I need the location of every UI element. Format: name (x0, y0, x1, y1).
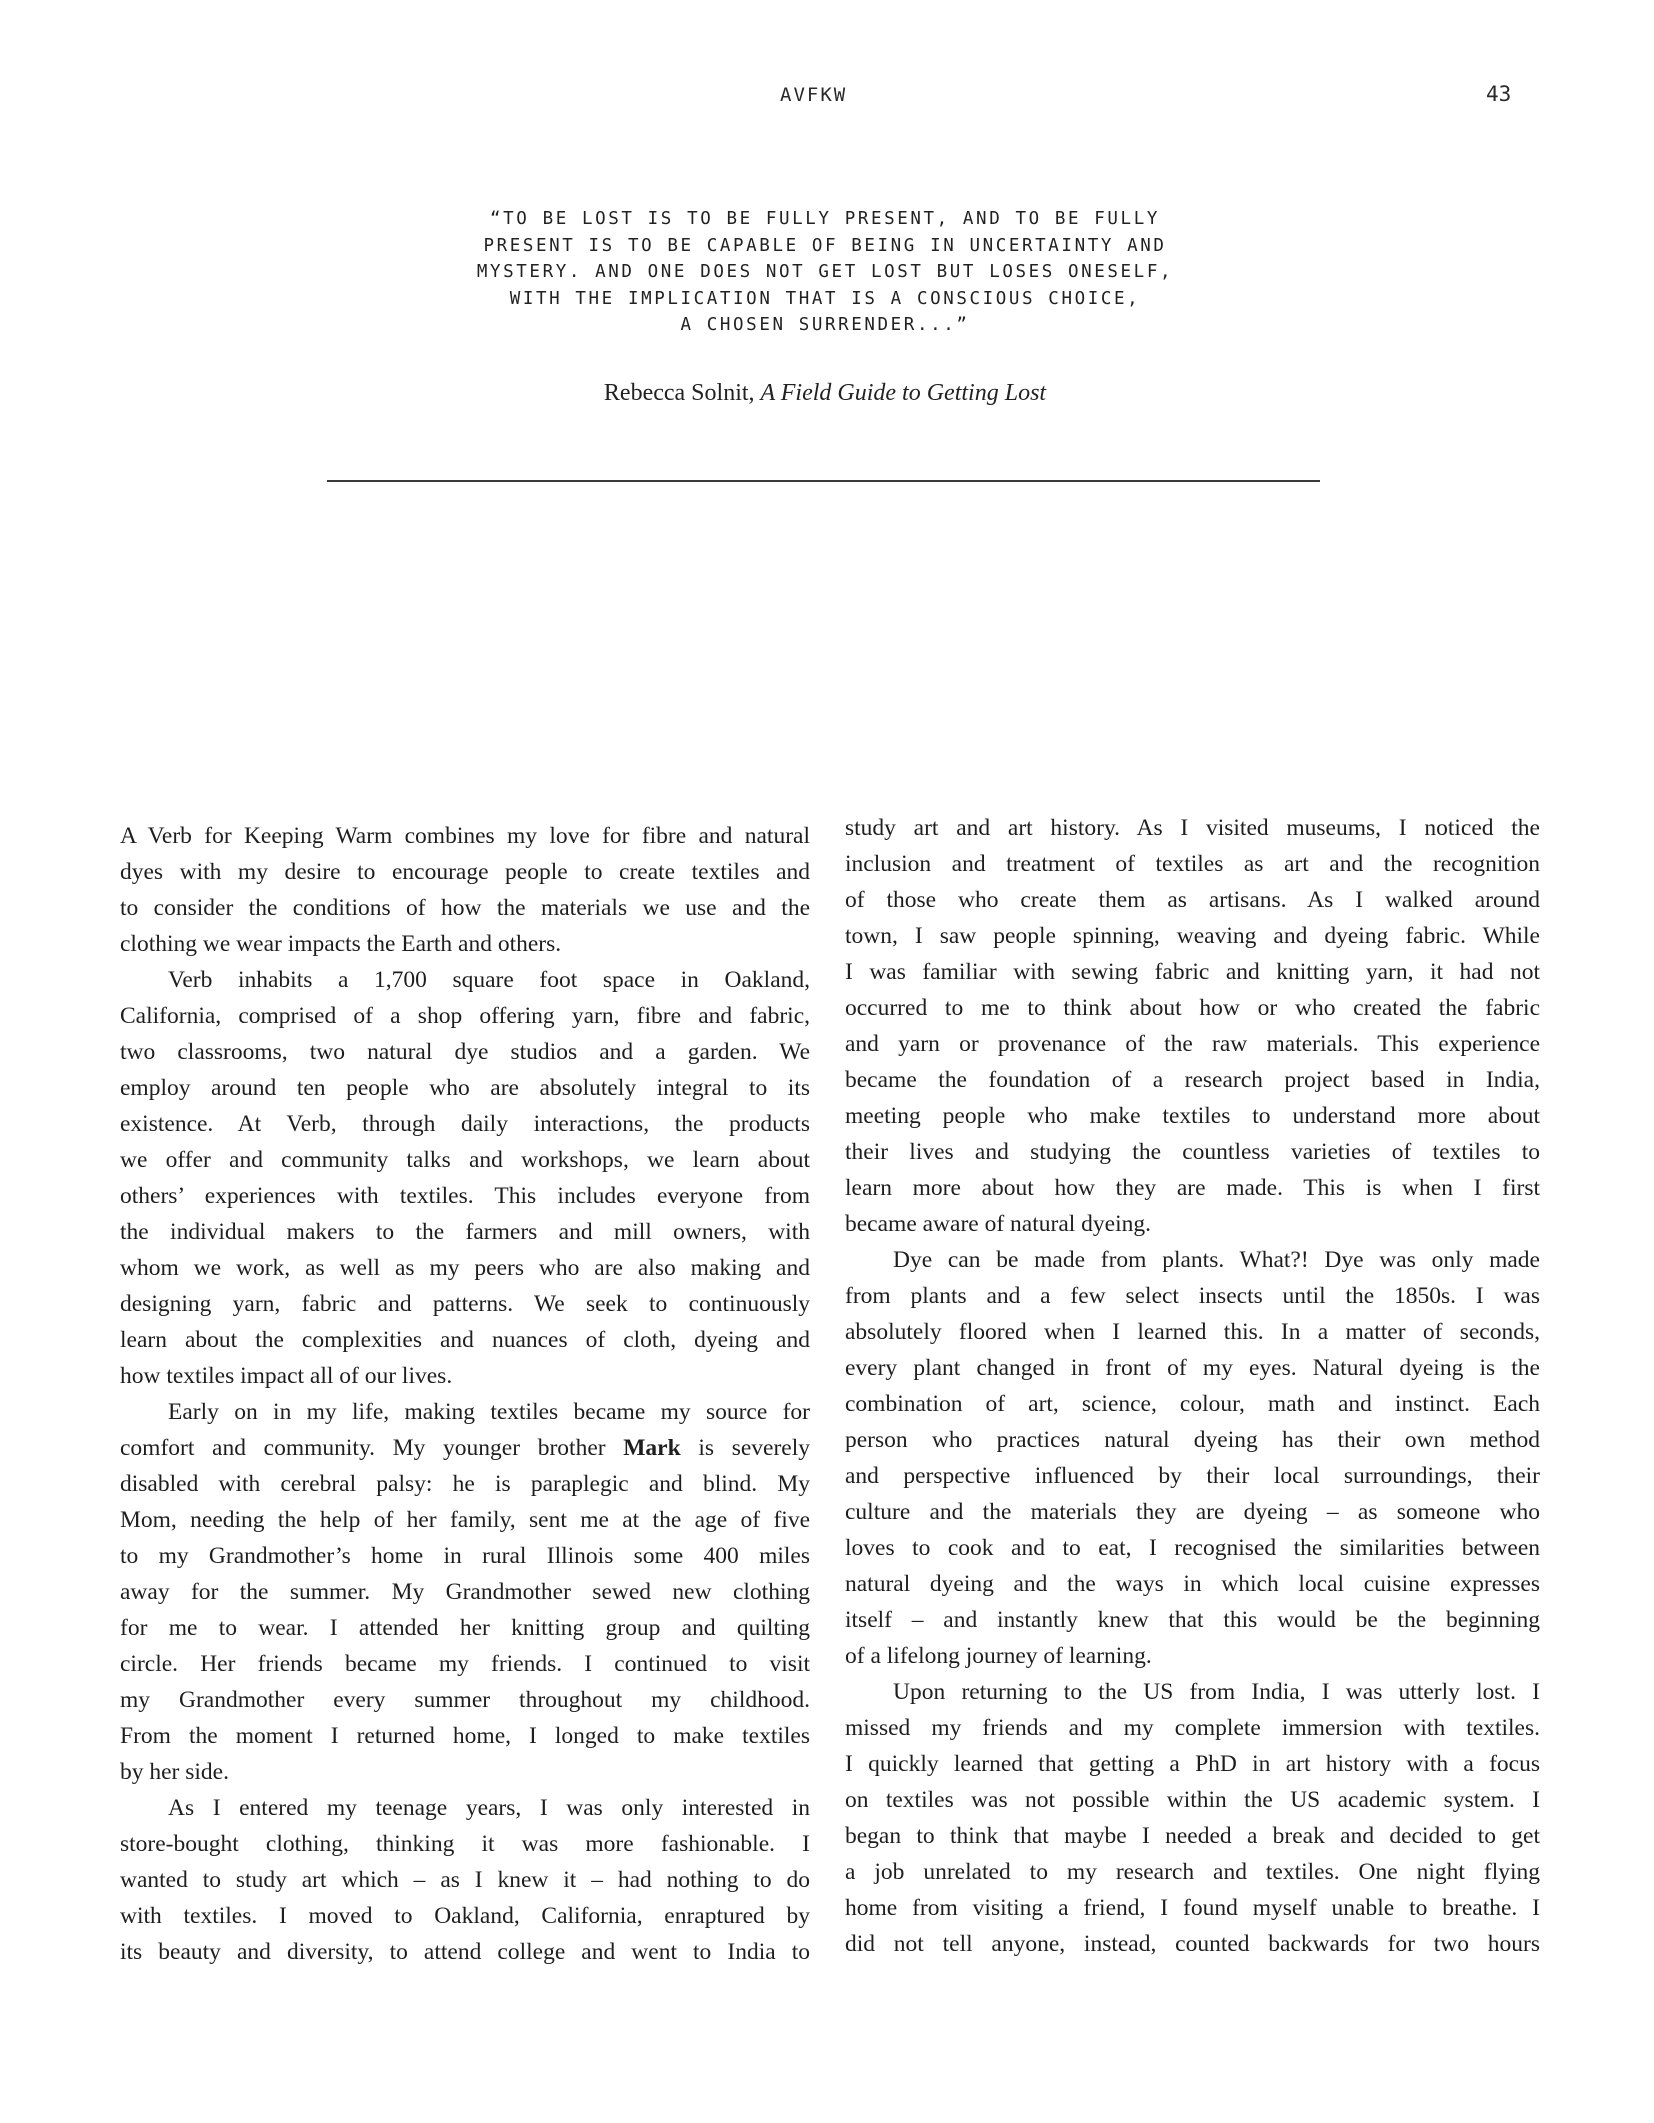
text-line: wanted to study art which – as I knew it… (120, 1862, 810, 1898)
text-line: inclusion and treatment of textiles as a… (845, 846, 1540, 882)
text-line: employ around ten people who are absolut… (120, 1070, 810, 1106)
text-line: became aware of natural dyeing. (845, 1206, 1540, 1242)
text-line: Early on in my life, making textiles bec… (120, 1394, 810, 1430)
text-line: absolutely floored when I learned this. … (845, 1314, 1540, 1350)
text-line: existence. At Verb, through daily intera… (120, 1106, 810, 1142)
text-line: As I entered my teenage years, I was onl… (120, 1790, 810, 1826)
quote-line: A CHOSEN SURRENDER...” (330, 312, 1320, 339)
text-line: by her side. (120, 1754, 810, 1790)
text-line: culture and the materials they are dyein… (845, 1494, 1540, 1530)
text-line: Verb inhabits a 1,700 square foot space … (120, 962, 810, 998)
text-line: natural dyeing and the ways in which loc… (845, 1566, 1540, 1602)
text-line: on textiles was not possible within the … (845, 1782, 1540, 1818)
text-line: town, I saw people spinning, weaving and… (845, 918, 1540, 954)
text-line: with textiles. I moved to Oakland, Calif… (120, 1898, 810, 1934)
text-line: we offer and community talks and worksho… (120, 1142, 810, 1178)
text-line: and yarn or provenance of the raw materi… (845, 1026, 1540, 1062)
text-line: A Verb for Keeping Warm combines my love… (120, 818, 810, 854)
text-line: loves to cook and to eat, I recognised t… (845, 1530, 1540, 1566)
text-line: home from visiting a friend, I found mys… (845, 1890, 1540, 1926)
text-line: dyes with my desire to encourage people … (120, 854, 810, 890)
text-line: itself – and instantly knew that this wo… (845, 1602, 1540, 1638)
text-run: is severely (681, 1435, 810, 1461)
quote-line: MYSTERY. AND ONE DOES NOT GET LOST BUT L… (330, 259, 1320, 286)
text-line: clothing we wear impacts the Earth and o… (120, 926, 810, 962)
text-line: occurred to me to think about how or who… (845, 990, 1540, 1026)
text-line: began to think that maybe I needed a bre… (845, 1818, 1540, 1854)
text-line: to my Grandmother’s home in rural Illino… (120, 1538, 810, 1574)
epigraph-quote: “TO BE LOST IS TO BE FULLY PRESENT, AND … (330, 206, 1320, 339)
text-line: Mom, needing the help of her family, sen… (120, 1502, 810, 1538)
text-line: others’ experiences with textiles. This … (120, 1178, 810, 1214)
text-line: of those who create them as artisans. As… (845, 882, 1540, 918)
text-line: the individual makers to the farmers and… (120, 1214, 810, 1250)
text-line: of a lifelong journey of learning. (845, 1638, 1540, 1674)
text-line: became the foundation of a research proj… (845, 1062, 1540, 1098)
text-line: store-bought clothing, thinking it was m… (120, 1826, 810, 1862)
text-line: did not tell anyone, instead, counted ba… (845, 1926, 1540, 1962)
text-line: its beauty and diversity, to attend coll… (120, 1934, 810, 1970)
text-line: and perspective influenced by their loca… (845, 1458, 1540, 1494)
running-head: AVFKW (780, 84, 847, 106)
body-column-left: A Verb for Keeping Warm combines my love… (120, 818, 810, 1970)
quote-line: “TO BE LOST IS TO BE FULLY PRESENT, AND … (330, 206, 1320, 233)
text-line: from plants and a few select insects unt… (845, 1278, 1540, 1314)
text-run: comfort and community. My younger brothe… (120, 1435, 623, 1461)
text-line: their lives and studying the countless v… (845, 1134, 1540, 1170)
page-number: 43 (1486, 82, 1511, 106)
section-divider (327, 480, 1320, 482)
text-line: I quickly learned that getting a PhD in … (845, 1746, 1540, 1782)
text-line: From the moment I returned home, I longe… (120, 1718, 810, 1754)
text-line: a job unrelated to my research and texti… (845, 1854, 1540, 1890)
body-column-right: study art and art history. As I visited … (845, 810, 1540, 1962)
text-line: how textiles impact all of our lives. (120, 1358, 810, 1394)
attribution-source-title: A Field Guide to Getting Lost (761, 380, 1047, 406)
text-line: disabled with cerebral palsy: he is para… (120, 1466, 810, 1502)
quote-line: WITH THE IMPLICATION THAT IS A CONSCIOUS… (330, 286, 1320, 313)
bold-name: Mark (623, 1435, 680, 1461)
text-line: to consider the conditions of how the ma… (120, 890, 810, 926)
epigraph: “TO BE LOST IS TO BE FULLY PRESENT, AND … (330, 206, 1320, 407)
text-line: learn about the complexities and nuances… (120, 1322, 810, 1358)
text-line: circle. Her friends became my friends. I… (120, 1646, 810, 1682)
text-line: California, comprised of a shop offering… (120, 998, 810, 1034)
text-line: Upon returning to the US from India, I w… (845, 1674, 1540, 1710)
text-line: away for the summer. My Grandmother sewe… (120, 1574, 810, 1610)
text-line: study art and art history. As I visited … (845, 810, 1540, 846)
text-line: Dye can be made from plants. What?! Dye … (845, 1242, 1540, 1278)
text-line: for me to wear. I attended her knitting … (120, 1610, 810, 1646)
text-line: my Grandmother every summer throughout m… (120, 1682, 810, 1718)
text-line: every plant changed in front of my eyes.… (845, 1350, 1540, 1386)
text-line: I was familiar with sewing fabric and kn… (845, 954, 1540, 990)
text-line: meeting people who make textiles to unde… (845, 1098, 1540, 1134)
text-line: learn more about how they are made. This… (845, 1170, 1540, 1206)
text-line: two classrooms, two natural dye studios … (120, 1034, 810, 1070)
attribution-author: Rebecca Solnit, (604, 380, 761, 406)
text-line: comfort and community. My younger brothe… (120, 1430, 810, 1466)
text-line: whom we work, as well as my peers who ar… (120, 1250, 810, 1286)
text-line: combination of art, science, colour, mat… (845, 1386, 1540, 1422)
text-line: person who practices natural dyeing has … (845, 1422, 1540, 1458)
text-line: designing yarn, fabric and patterns. We … (120, 1286, 810, 1322)
text-line: missed my friends and my complete immers… (845, 1710, 1540, 1746)
quote-line: PRESENT IS TO BE CAPABLE OF BEING IN UNC… (330, 233, 1320, 260)
epigraph-attribution: Rebecca Solnit, A Field Guide to Getting… (330, 380, 1320, 407)
